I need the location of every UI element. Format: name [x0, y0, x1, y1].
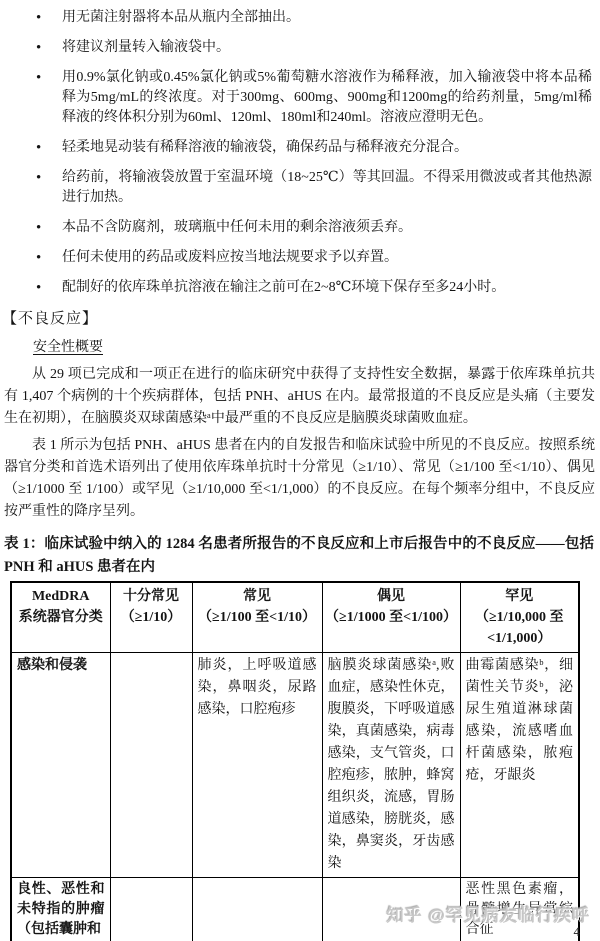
bullet-icon: •	[36, 278, 62, 298]
header-label: 十分常见	[113, 586, 190, 607]
cell-soc: 良性、恶性和未特指的肿瘤（包括囊肿和	[11, 878, 110, 941]
bullet-text: 轻柔地晃动装有稀释溶液的输液袋，确保药品与稀释液充分混合。	[62, 138, 592, 158]
page-number: 4	[574, 924, 581, 940]
header-label: 常见	[195, 586, 320, 607]
table-header-row: MedDRA 系统器官分类 十分常见 （≥1/10） 常见 （≥1/100 至<…	[11, 582, 579, 653]
cell-common: 肺炎，上呼吸道感染，鼻咽炎，尿路感染，口腔疱疹	[192, 653, 322, 878]
bullet-icon: •	[36, 218, 62, 238]
section-heading-adverse-reactions: 【不良反应】	[2, 308, 596, 330]
bullet-text: 用0.9%氯化钠或0.45%氯化钠或5%葡萄糖水溶液作为稀释液，加入输液袋中将本…	[62, 68, 592, 128]
table-row: 感染和侵袭 肺炎，上呼吸道感染，鼻咽炎，尿路感染，口腔疱疹 脑膜炎球菌感染ᵃ,败…	[11, 653, 579, 878]
bullet-text: 配制好的依库珠单抗溶液在输注之前可在2~8℃环境下保存至多24小时。	[62, 278, 592, 298]
header-range: （≥1/10,000 至 <1/1,000）	[463, 607, 577, 649]
header-label: 偶见	[325, 586, 458, 607]
cell-rare: 曲霉菌感染ᵇ，细菌性关节炎ᵇ，泌尿生殖道淋球菌感染，流感嗜血杆菌感染，脓疱疮，牙…	[460, 653, 579, 878]
table-caption: 表 1：临床试验中纳入的 1284 名患者所报告的不良反应和上市后报告中的不良反…	[4, 533, 594, 579]
header-cell-rare: 罕见 （≥1/10,000 至 <1/1,000）	[460, 582, 579, 653]
document-page: • 用无菌注射器将本品从瓶内全部抽出。 • 将建议剂量转入输液袋中。 • 用0.…	[0, 0, 600, 941]
header-label: MedDRA	[14, 586, 108, 607]
header-label: 罕见	[463, 586, 577, 607]
cell-very-common	[110, 878, 192, 941]
bullet-text: 给药前，将输液袋放置于室温环境（18~25℃）等其回温。不得采用微波或者其他热源…	[62, 168, 592, 208]
bullet-text: 本品不含防腐剂，玻璃瓶中任何未用的剩余溶液须丢弃。	[62, 218, 592, 238]
subsection-heading-safety-summary: 安全性概要	[33, 338, 103, 358]
bullet-icon: •	[36, 68, 62, 128]
list-item: • 配制好的依库珠单抗溶液在输注之前可在2~8℃环境下保存至多24小时。	[36, 278, 592, 298]
bullet-icon: •	[36, 138, 62, 158]
bullet-icon: •	[36, 38, 62, 58]
list-item: • 用0.9%氯化钠或0.45%氯化钠或5%葡萄糖水溶液作为稀释液，加入输液袋中…	[36, 68, 592, 128]
header-label: 系统器官分类	[14, 607, 108, 628]
list-item: • 本品不含防腐剂，玻璃瓶中任何未用的剩余溶液须丢弃。	[36, 218, 592, 238]
adverse-reactions-table: MedDRA 系统器官分类 十分常见 （≥1/10） 常见 （≥1/100 至<…	[10, 581, 580, 941]
header-cell-common: 常见 （≥1/100 至<1/10）	[192, 582, 322, 653]
header-cell-soc: MedDRA 系统器官分类	[11, 582, 110, 653]
watermark: 知乎 @罕见病友临行疾呼	[387, 901, 590, 926]
list-item: • 用无菌注射器将本品从瓶内全部抽出。	[36, 8, 592, 28]
header-cell-uncommon: 偶见 （≥1/1000 至<1/100）	[322, 582, 460, 653]
list-item: • 轻柔地晃动装有稀释溶液的输液袋，确保药品与稀释液充分混合。	[36, 138, 592, 158]
list-item: • 给药前，将输液袋放置于室温环境（18~25℃）等其回温。不得采用微波或者其他…	[36, 168, 592, 208]
bullet-list: • 用无菌注射器将本品从瓶内全部抽出。 • 将建议剂量转入输液袋中。 • 用0.…	[0, 0, 600, 298]
cell-uncommon: 脑膜炎球菌感染ᵃ,败血症，感染性休克，腹膜炎，下呼吸道感染，真菌感染，病毒感染，…	[322, 653, 460, 878]
bullet-icon: •	[36, 168, 62, 208]
header-range: （≥1/100 至<1/10）	[195, 607, 320, 628]
bullet-icon: •	[36, 8, 62, 28]
paragraph-table-intro: 表 1 所示为包括 PNH、aHUS 患者在内的自发报告和临床试验中所见的不良反…	[4, 435, 595, 523]
cell-very-common	[110, 653, 192, 878]
bullet-text: 任何未使用的药品或废料应按当地法规要求予以弃置。	[62, 248, 592, 268]
cell-soc: 感染和侵袭	[11, 653, 110, 878]
header-range: （≥1/1000 至<1/100）	[325, 607, 458, 628]
bullet-text: 用无菌注射器将本品从瓶内全部抽出。	[62, 8, 592, 28]
bullet-text: 将建议剂量转入输液袋中。	[62, 38, 592, 58]
bullet-icon: •	[36, 248, 62, 268]
list-item: • 任何未使用的药品或废料应按当地法规要求予以弃置。	[36, 248, 592, 268]
cell-common	[192, 878, 322, 941]
header-range: （≥1/10）	[113, 607, 190, 628]
header-cell-very-common: 十分常见 （≥1/10）	[110, 582, 192, 653]
list-item: • 将建议剂量转入输液袋中。	[36, 38, 592, 58]
paragraph-safety-summary: 从 29 项已完成和一项正在进行的临床研究中获得了支持性安全数据，暴露于依库珠单…	[4, 364, 595, 430]
